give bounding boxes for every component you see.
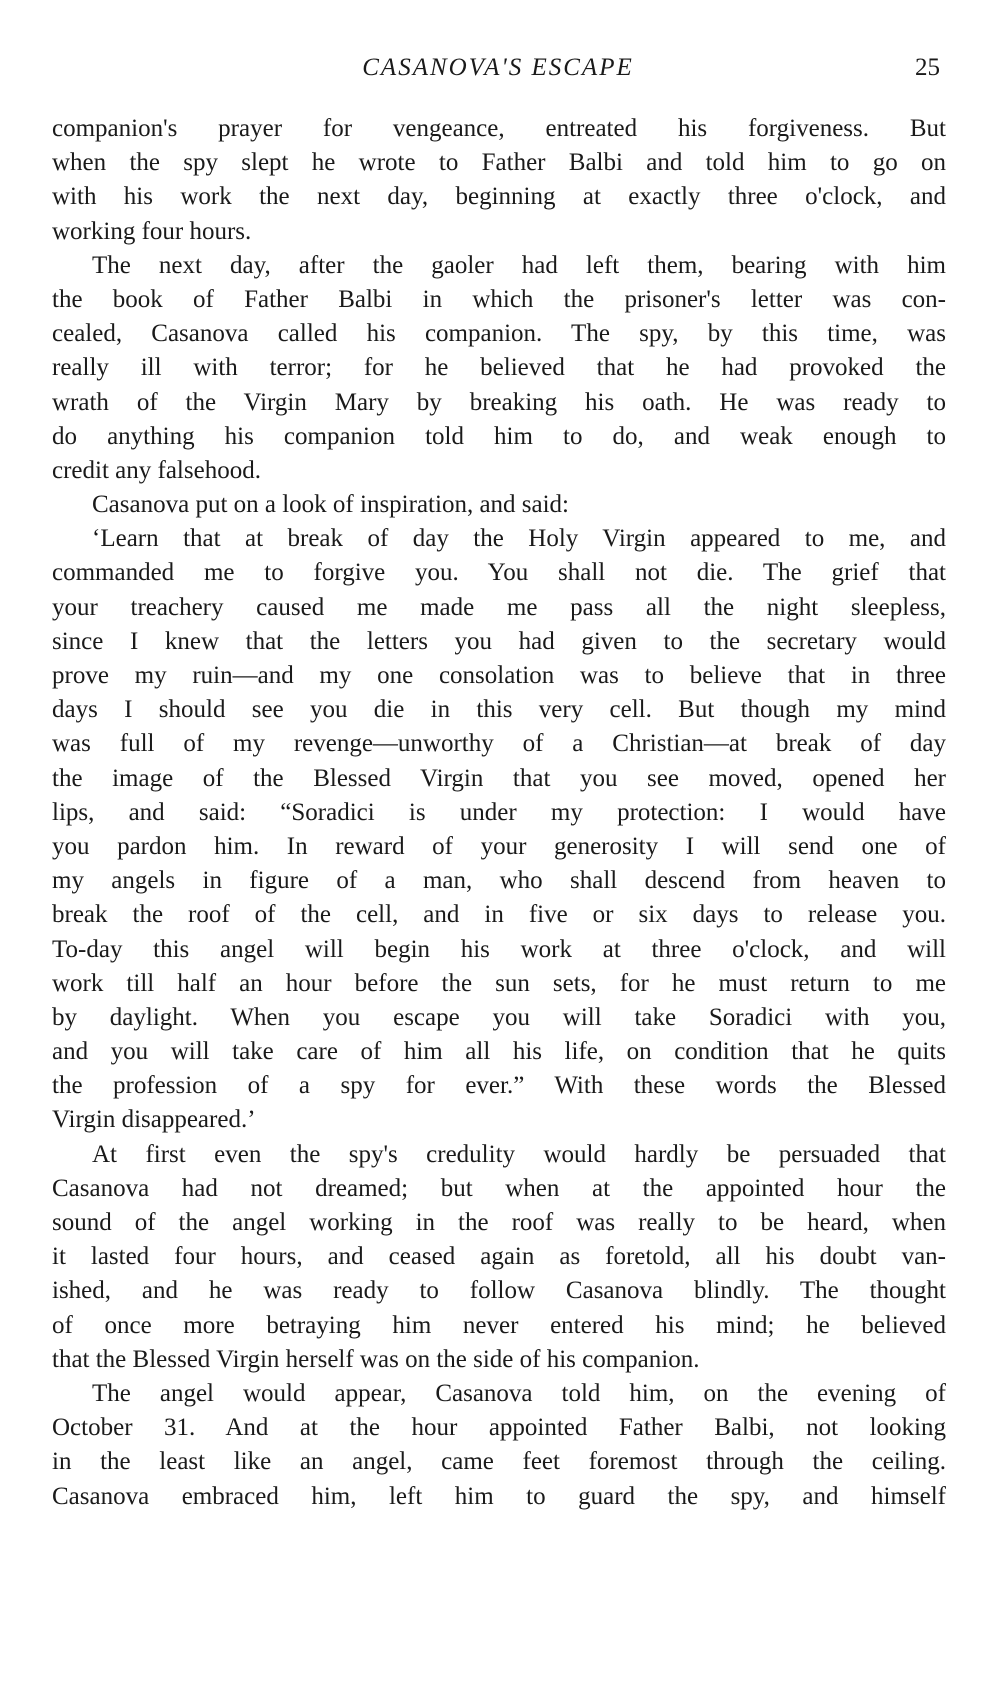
text-line: your treachery caused me made me pass al… [52,591,946,625]
text-line: Casanova had not dreamed; but when at th… [52,1172,946,1206]
body-text: companion's prayer for vengeance, entrea… [52,112,946,1514]
text-line: cealed, Casanova called his companion. T… [52,317,946,351]
text-line: At first even the spy's credulity would … [52,1138,946,1172]
text-line: since I knew that the letters you had gi… [52,625,946,659]
text-line: The next day, after the gaoler had left … [52,249,946,283]
text-line: October 31. And at the hour appointed Fa… [52,1411,946,1445]
text-line: work till half an hour before the sun se… [52,967,946,1001]
text-line: the profession of a spy for ever.” With … [52,1069,946,1103]
text-line: by daylight. When you escape you will ta… [52,1001,946,1035]
text-line: companion's prayer for vengeance, entrea… [52,112,946,146]
text-line: really ill with terror; for he believed … [52,351,946,385]
text-line: To-day this angel will begin his work at… [52,933,946,967]
text-line: with his work the next day, beginning at… [52,180,946,214]
text-line: in the least like an angel, came feet fo… [52,1445,946,1479]
text-line: prove my ruin—and my one consolation was… [52,659,946,693]
text-line: Virgin disappeared.’ [52,1103,946,1137]
text-line: ished, and he was ready to follow Casano… [52,1274,946,1308]
text-line: sound of the angel working in the roof w… [52,1206,946,1240]
text-line: the book of Father Balbi in which the pr… [52,283,946,317]
text-line: and you will take care of him all his li… [52,1035,946,1069]
running-head: CASANOVA'S ESCAPE 25 [48,52,948,92]
text-line: was full of my revenge—unworthy of a Chr… [52,727,946,761]
text-line: Casanova embraced him, left him to guard… [52,1480,946,1514]
text-line: Casanova put on a look of inspiration, a… [52,488,946,522]
text-line: do anything his companion told him to do… [52,420,946,454]
text-line: you pardon him. In reward of your genero… [52,830,946,864]
text-line: it lasted four hours, and ceased again a… [52,1240,946,1274]
text-line: The angel would appear, Casanova told hi… [52,1377,946,1411]
text-line: wrath of the Virgin Mary by breaking his… [52,386,946,420]
text-line: lips, and said: “Soradici is under my pr… [52,796,946,830]
running-title: CASANOVA'S ESCAPE [48,54,948,82]
text-line: of once more betraying him never entered… [52,1309,946,1343]
text-line: commanded me to forgive you. You shall n… [52,556,946,590]
book-page: CASANOVA'S ESCAPE 25 companion's prayer … [0,0,1000,1684]
text-line: break the roof of the cell, and in five … [52,898,946,932]
text-line: the image of the Blessed Virgin that you… [52,762,946,796]
page-number: 25 [915,54,940,82]
text-line: my angels in figure of a man, who shall … [52,864,946,898]
text-line: when the spy slept he wrote to Father Ba… [52,146,946,180]
text-line: working four hours. [52,215,946,249]
text-line: ‘Learn that at break of day the Holy Vir… [52,522,946,556]
text-line: days I should see you die in this very c… [52,693,946,727]
text-line: that the Blessed Virgin herself was on t… [52,1343,946,1377]
text-line: credit any falsehood. [52,454,946,488]
